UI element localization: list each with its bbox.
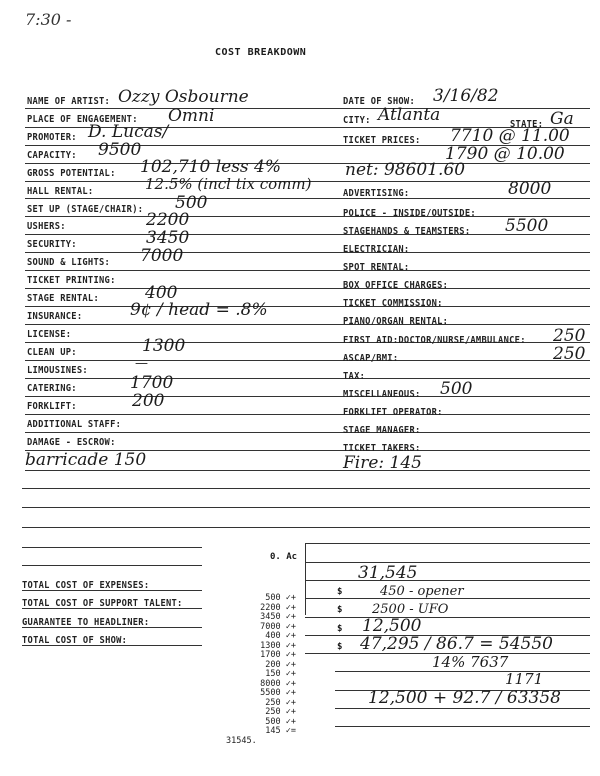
field-label-advertising: ADVERTISING: (343, 188, 409, 199)
field-label-miscellaneous: MISCELLANEOUS: (343, 389, 421, 400)
field-label-hall-rental: HALL RENTAL: (27, 186, 93, 197)
rule (335, 671, 590, 672)
field-value-net: net: 98601.60 (345, 162, 465, 179)
field-label-first-aid: FIRST AID:DOCTOR/NURSE/AMBULANCE: (343, 335, 526, 346)
field-label-forklift-operator: FORKLIFT OPERATOR: (343, 407, 443, 418)
field-label-ticket-commission: TICKET COMMISSION: (343, 298, 443, 309)
field-label-electrician: ELECTRICIAN: (343, 244, 409, 255)
rule (22, 590, 202, 591)
field-value-ushers: 2200 (146, 212, 189, 229)
field-label-capacity: CAPACITY: (27, 150, 77, 161)
blank-rule (22, 565, 202, 566)
rule (305, 543, 590, 544)
blank-rule (22, 547, 202, 548)
adding-tape-header: 0. Ac (270, 552, 297, 562)
field-label-stage-rental: STAGE RENTAL: (27, 293, 99, 304)
calc-subtotal-line: 1171 (505, 672, 543, 687)
rule (25, 270, 325, 271)
corner-handwritten-note: 7:30 - (25, 10, 71, 29)
field-value-miscellaneous: 500 (440, 381, 472, 398)
rule (25, 360, 325, 361)
rule (22, 627, 202, 628)
rule (25, 470, 325, 471)
field-value-clean-up: 1300 (142, 338, 185, 355)
dollar-sign: $ (337, 587, 342, 597)
field-value-place: Omni (168, 108, 214, 125)
field-label-police: POLICE - INSIDE/OUTSIDE: (343, 208, 476, 219)
support-talent-ufo-value: 2500 - UFO (372, 603, 448, 616)
field-label-artist: NAME OF ARTIST: (27, 96, 110, 107)
field-label-box-office: BOX OFFICE CHARGES: (343, 280, 448, 291)
field-label-catering: CATERING: (27, 383, 77, 394)
page-title: COST BREAKDOWN (215, 47, 306, 58)
field-value-ascap-bmi: 250 (553, 346, 585, 363)
field-label-license: LICENSE: (27, 329, 71, 340)
rule (25, 414, 325, 415)
field-label-setup: SET UP (STAGE/CHAIR): (27, 204, 143, 215)
rule (305, 580, 590, 581)
right-extra-line-fire: Fire: 145 (343, 455, 422, 472)
field-label-ushers: USHERS: (27, 221, 66, 232)
field-value-gross-potential: 102,710 less 4% (140, 159, 281, 176)
dollar-sign: $ (337, 624, 342, 634)
blank-rule (22, 488, 590, 489)
rule (22, 608, 202, 609)
field-label-security: SECURITY: (27, 239, 77, 250)
blank-rule (22, 527, 590, 528)
field-value-ticket-prices-1: 7710 @ 11.00 (450, 128, 570, 145)
total-expenses-value: 31,545 (358, 565, 417, 582)
rule (25, 127, 325, 128)
tape-total: 31545. (226, 737, 296, 747)
calc-final-line: 12,500 + 92.7 / 63358 (368, 690, 561, 707)
field-label-gross-potential: GROSS POTENTIAL: (27, 168, 116, 179)
field-value-hall-rental: 12.5% (incl tix comm) (145, 177, 311, 192)
rule (335, 726, 590, 727)
blank-rule (22, 507, 590, 508)
field-label-promoter: PROMOTER: (27, 132, 77, 143)
field-label-spot-rental: SPOT RENTAL: (343, 262, 409, 273)
field-value-sound-lights: 7000 (140, 248, 183, 265)
rule (25, 378, 325, 379)
field-label-limousines: LIMOUSINES: (27, 365, 88, 376)
field-label-insurance: INSURANCE: (27, 311, 82, 322)
field-value-promoter: D. Lucas/ (88, 124, 168, 141)
dollar-sign: $ (337, 605, 342, 615)
calc-percent-line: 14% 7637 (432, 655, 508, 670)
field-label-sound-lights: SOUND & LIGHTS: (27, 257, 110, 268)
field-label-additional-staff: ADDITIONAL STAFF: (27, 419, 121, 430)
field-value-city: Atlanta (378, 107, 440, 124)
field-value-first-aid: 250 (553, 328, 585, 345)
rule (25, 396, 325, 397)
field-label-city: CITY: (343, 115, 371, 126)
field-label-tax: TAX: (343, 371, 365, 382)
field-label-ticket-printing: TICKET PRINTING: (27, 275, 116, 286)
guarantee-headliner-value: 12,500 (362, 618, 421, 635)
field-value-forklift: 200 (132, 393, 164, 410)
rule (25, 432, 325, 433)
rule (25, 145, 325, 146)
field-value-capacity: 9500 (98, 142, 141, 159)
rule (305, 562, 590, 563)
left-extra-line-barricade: barricade 150 (25, 452, 146, 469)
field-label-forklift: FORKLIFT: (27, 401, 77, 412)
field-value-advertising: 8000 (508, 181, 551, 198)
rule (25, 324, 325, 325)
field-label-clean-up: CLEAN UP: (27, 347, 77, 358)
field-label-ticket-prices: TICKET PRICES: (343, 135, 421, 146)
rule (335, 708, 590, 709)
field-value-artist: Ozzy Osbourne (118, 89, 249, 106)
field-value-insurance: 9¢ / head = .8% (130, 302, 268, 319)
field-value-catering: 1700 (130, 375, 173, 392)
field-value-limousines: — (135, 357, 148, 370)
field-label-stagehands: STAGEHANDS & TEAMSTERS: (343, 226, 470, 237)
rule (305, 617, 590, 618)
rule (22, 645, 202, 646)
field-value-stagehands: 5500 (505, 218, 548, 235)
field-label-ascap-bmi: ASCAP/BMI: (343, 353, 398, 364)
field-value-security: 3450 (146, 230, 189, 247)
field-label-piano-organ: PIANO/ORGAN RENTAL: (343, 316, 448, 327)
support-talent-opener-value: 450 - opener (380, 585, 464, 598)
field-label-stage-manager: STAGE MANAGER: (343, 425, 421, 436)
total-cost-show-value: 47,295 / 86.7 = 54550 (360, 636, 553, 653)
adding-machine-tape: 500 ✓+ 2200 ✓+ 3450 ✓+ 7000 ✓+ 400 ✓+ 13… (238, 594, 296, 746)
field-label-damage-escrow: DAMAGE - ESCROW: (27, 437, 116, 448)
dollar-sign: $ (337, 642, 342, 652)
field-value-date: 3/16/82 (433, 88, 499, 105)
